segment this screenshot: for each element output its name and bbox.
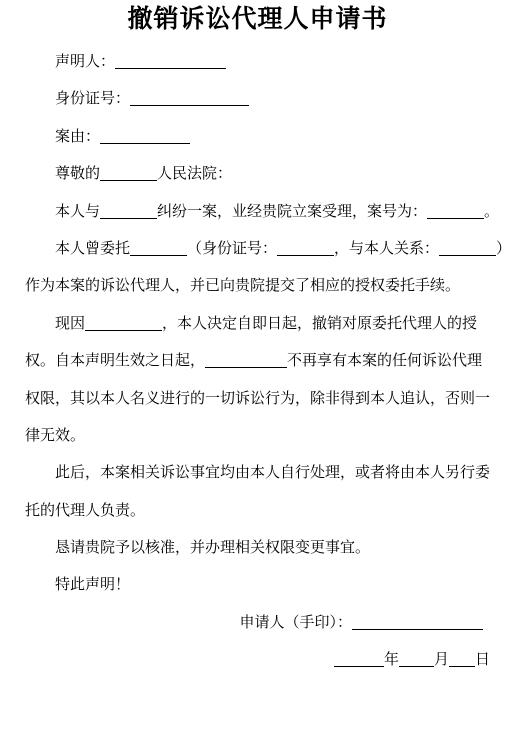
case-line-pre: 本人与 [55,204,100,220]
closing-line: 特此声明！ [25,567,490,604]
cause-blank [100,130,190,144]
entrust-end: ） [496,241,511,257]
closing-line-text: 特此声明！ [55,577,130,593]
reason-post: ，本人决定自即日起，撤销对原委托代理人的授 [162,316,477,332]
salutation-line: 尊敬的人民法院： [25,156,490,193]
case-number-blank [427,205,484,219]
signature-blank [352,616,483,630]
cause-line: 案由： [25,119,490,156]
document-body: 声明人： 身份证号： 案由： 尊敬的人民法院： 本人与纠纷一案，业经贵院立案受理… [25,44,490,680]
relationship-blank [439,242,496,256]
salutation-pre: 尊敬的 [55,166,100,182]
court-name-blank [100,167,157,181]
entrust-line-1: 本人曾委托（身份证号：，与本人关系：） [25,231,490,268]
declarant-blank [115,55,226,69]
month-label: 月 [434,652,449,668]
reason-line-1: 现因，本人决定自即日起，撤销对原委托代理人的授 [25,306,490,343]
reason-line-2: 权。自本声明生效之日起，不再享有本案的任何诉讼代理 [25,343,490,380]
request-line-text: 恳请贵院予以核准，并办理相关权限变更事宜。 [55,540,370,556]
day-blank [449,653,475,667]
reason-line-3-text: 权限，其以本人名义进行的一切诉讼行为，除非得到本人追认，否则一 [25,391,490,407]
entrust-pre: 本人曾委托 [55,241,130,257]
declarant-label: 声明人： [55,54,115,70]
date-line: 年月日 [25,642,490,679]
document-title: 撤销诉讼代理人申请书 [25,2,490,38]
entrust-mid1: （身份证号： [187,241,277,257]
year-blank [334,653,384,667]
reason-blank [85,317,162,331]
followup-line-2-text: 托的代理人负责。 [25,503,145,519]
month-blank [399,653,434,667]
reason-line-3: 权限，其以本人名义进行的一切诉讼行为，除非得到本人追认，否则一 [25,381,490,418]
id-number-line: 身份证号： [25,81,490,118]
signature-label: 申请人（手印）： [239,615,352,631]
agent-id-blank [277,242,334,256]
entrust-cont-text: 作为本案的诉讼代理人，并已向贵院提交了相应的授权委托手续。 [25,278,460,294]
agent-name-blank [130,242,187,256]
case-line: 本人与纠纷一案，业经贵院立案受理，案号为：。 [25,194,490,231]
agent-ref-blank [205,354,287,368]
case-line-end: 。 [484,204,499,220]
reason-line-4-text: 律无效。 [25,428,85,444]
declarant-line: 声明人： [25,44,490,81]
document-page: 撤销诉讼代理人申请书 声明人： 身份证号： 案由： 尊敬的人民法院： 本人与纠纷… [0,2,516,741]
salutation-post: 人民法院： [157,166,232,182]
signature-line: 申请人（手印）： [25,605,490,642]
cause-label: 案由： [55,129,100,145]
entrust-mid2: ，与本人关系： [334,241,439,257]
followup-line-2: 托的代理人负责。 [25,493,490,530]
followup-line-1: 此后，本案相关诉讼事宜均由本人自行处理，或者将由本人另行委 [25,455,490,492]
id-number-label: 身份证号： [55,91,130,107]
reason-pre: 现因 [55,316,85,332]
case-line-mid: 纠纷一案，业经贵院立案受理，案号为： [157,204,427,220]
reason-line-4: 律无效。 [25,418,490,455]
effect-pre: 权。自本声明生效之日起， [25,353,205,369]
request-line: 恳请贵院予以核准，并办理相关权限变更事宜。 [25,530,490,567]
effect-post: 不再享有本案的任何诉讼代理 [287,353,482,369]
followup-line-1-text: 此后，本案相关诉讼事宜均由本人自行处理，或者将由本人另行委 [55,465,490,481]
dispute-party-blank [100,205,157,219]
id-number-blank [130,92,249,106]
year-label: 年 [384,652,399,668]
entrust-line-2: 作为本案的诉讼代理人，并已向贵院提交了相应的授权委托手续。 [25,268,490,305]
day-label: 日 [475,652,490,668]
